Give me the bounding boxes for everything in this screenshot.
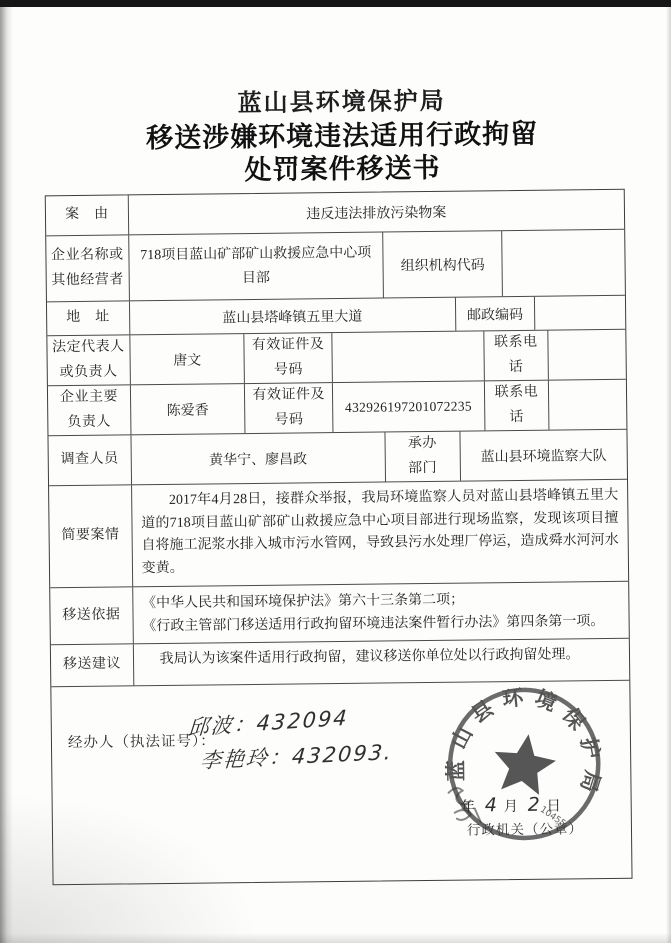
principal-phone-value [548, 380, 626, 430]
scanned-document-page: 蓝山县环境保护局 移送涉嫌环境违法适用行政拘留 处罚案件移送书 案 由 违反违法… [0, 0, 671, 943]
table-row-case-cause: 案 由 违反违法排放污染物案 [46, 190, 624, 236]
scan-edge-bottom [0, 933, 671, 943]
table-row-principal: 企业主要 负责人 陈爱香 有效证件及 号码 432926197201072235… [48, 379, 627, 436]
document-title-line2: 处罚案件移送书 [44, 150, 640, 190]
handling-dept-label: 承办 部门 [384, 432, 459, 482]
case-transfer-table: 案 由 违反违法排放污染物案 企业名称或 其他经营者 718项目蓝山矿部矿山救援… [45, 189, 633, 885]
case-cause-label: 案 由 [46, 195, 128, 235]
postal-code-value [534, 296, 625, 330]
table-row-legal-rep: 法定代表人 或负责人 唐文 有效证件及 号码 联系电 话 [47, 329, 626, 386]
transfer-basis-label: 移送依据 [50, 587, 132, 644]
seal-note: 行政机关（公章） [467, 817, 583, 838]
handwritten-signature-2: 李艳玲：432093. [199, 736, 394, 775]
table-row-investigators: 调查人员 黄华宁、廖昌政 承办 部门 蓝山县环境监察大队 [48, 429, 627, 486]
case-summary-text: 2017年4月28日，接群众举报，我局环境监察人员对蓝山县塔峰镇五里大道的718… [131, 480, 628, 586]
table-row-summary: 简要案情 2017年4月28日，接群众举报，我局环境监察人员对蓝山县塔峰镇五里大… [49, 479, 628, 587]
org-code-value [502, 230, 625, 296]
table-row-address: 地 址 蓝山县塔峰镇五里大道 邮政编码 [47, 295, 625, 336]
handwritten-signature-1: 邱波：432094 [187, 701, 350, 741]
case-summary-label: 简要案情 [49, 485, 132, 587]
date-day-label: 日 [546, 798, 564, 814]
transfer-basis-line2: 《行政主管部门移送适用行政拘留环境违法案件暂行办法》第四条第一项。 [142, 610, 620, 639]
date-year-label: 年 [461, 799, 479, 815]
principal-cert-label: 有效证件及 号码 [244, 383, 332, 433]
transfer-suggestion-label: 移送建议 [51, 644, 133, 686]
date-line: 年 4 月 2 日 [461, 793, 564, 816]
document-header: 蓝山县环境保护局 移送涉嫌环境违法适用行政拘留 处罚案件移送书 [44, 83, 641, 190]
handling-dept-value: 蓝山县环境监察大队 [459, 430, 627, 481]
principal-label: 企业主要 负责人 [48, 385, 130, 435]
table-row-basis: 移送依据 《中华人民共和国环境保护法》第六十三条第二项； 《行政主管部门移送适用… [50, 580, 629, 644]
legal-rep-cert-value [331, 331, 483, 382]
org-code-label: 组织机构代码 [382, 231, 502, 297]
case-cause-value: 违反违法排放污染物案 [127, 190, 624, 235]
legal-rep-label: 法定代表人 或负责人 [47, 335, 129, 385]
legal-rep-name: 唐文 [129, 334, 244, 384]
transfer-basis-text: 《中华人民共和国环境保护法》第六十三条第二项； 《行政主管部门移送适用行政拘留环… [132, 581, 629, 643]
principal-cert-value: 432926197201072235 [332, 381, 484, 432]
date-day-handwritten: 2 [528, 794, 540, 816]
principal-phone-label: 联系电 话 [483, 381, 548, 431]
date-month-label: 月 [503, 799, 521, 815]
legal-rep-phone-value [548, 330, 626, 380]
investigators-label: 调查人员 [48, 435, 130, 485]
date-month-handwritten: 4 [485, 794, 497, 816]
address-label: 地 址 [47, 301, 129, 335]
postal-code-label: 邮政编码 [455, 297, 535, 331]
legal-rep-phone-label: 联系电 话 [483, 331, 548, 381]
scan-shadow-corner [0, 793, 260, 943]
scan-edge-top [0, 0, 671, 7]
transfer-suggestion-text: 我局认为该案件适用行政拘留，建议移送你单位处以行政拘留处理。 [133, 639, 630, 686]
enterprise-label: 企业名称或 其他经营者 [46, 235, 128, 301]
table-row-enterprise: 企业名称或 其他经营者 718项目蓝山矿部矿山救援应急中心项目部 组织机构代码 [46, 229, 625, 302]
enterprise-value: 718项目蓝山矿部矿山救援应急中心项目部 [128, 233, 383, 301]
scan-edge-right [666, 0, 671, 943]
scan-edge-left [0, 0, 13, 943]
table-row-suggestion: 移送建议 我局认为该案件适用行政拘留，建议移送你单位处以行政拘留处理。 [51, 638, 629, 687]
address-value: 蓝山县塔峰镇五里大道 [129, 298, 455, 335]
investigators-value: 黄华宁、廖昌政 [130, 432, 385, 484]
legal-rep-cert-label: 有效证件及 号码 [244, 333, 332, 383]
principal-name: 陈爱香 [130, 384, 245, 434]
